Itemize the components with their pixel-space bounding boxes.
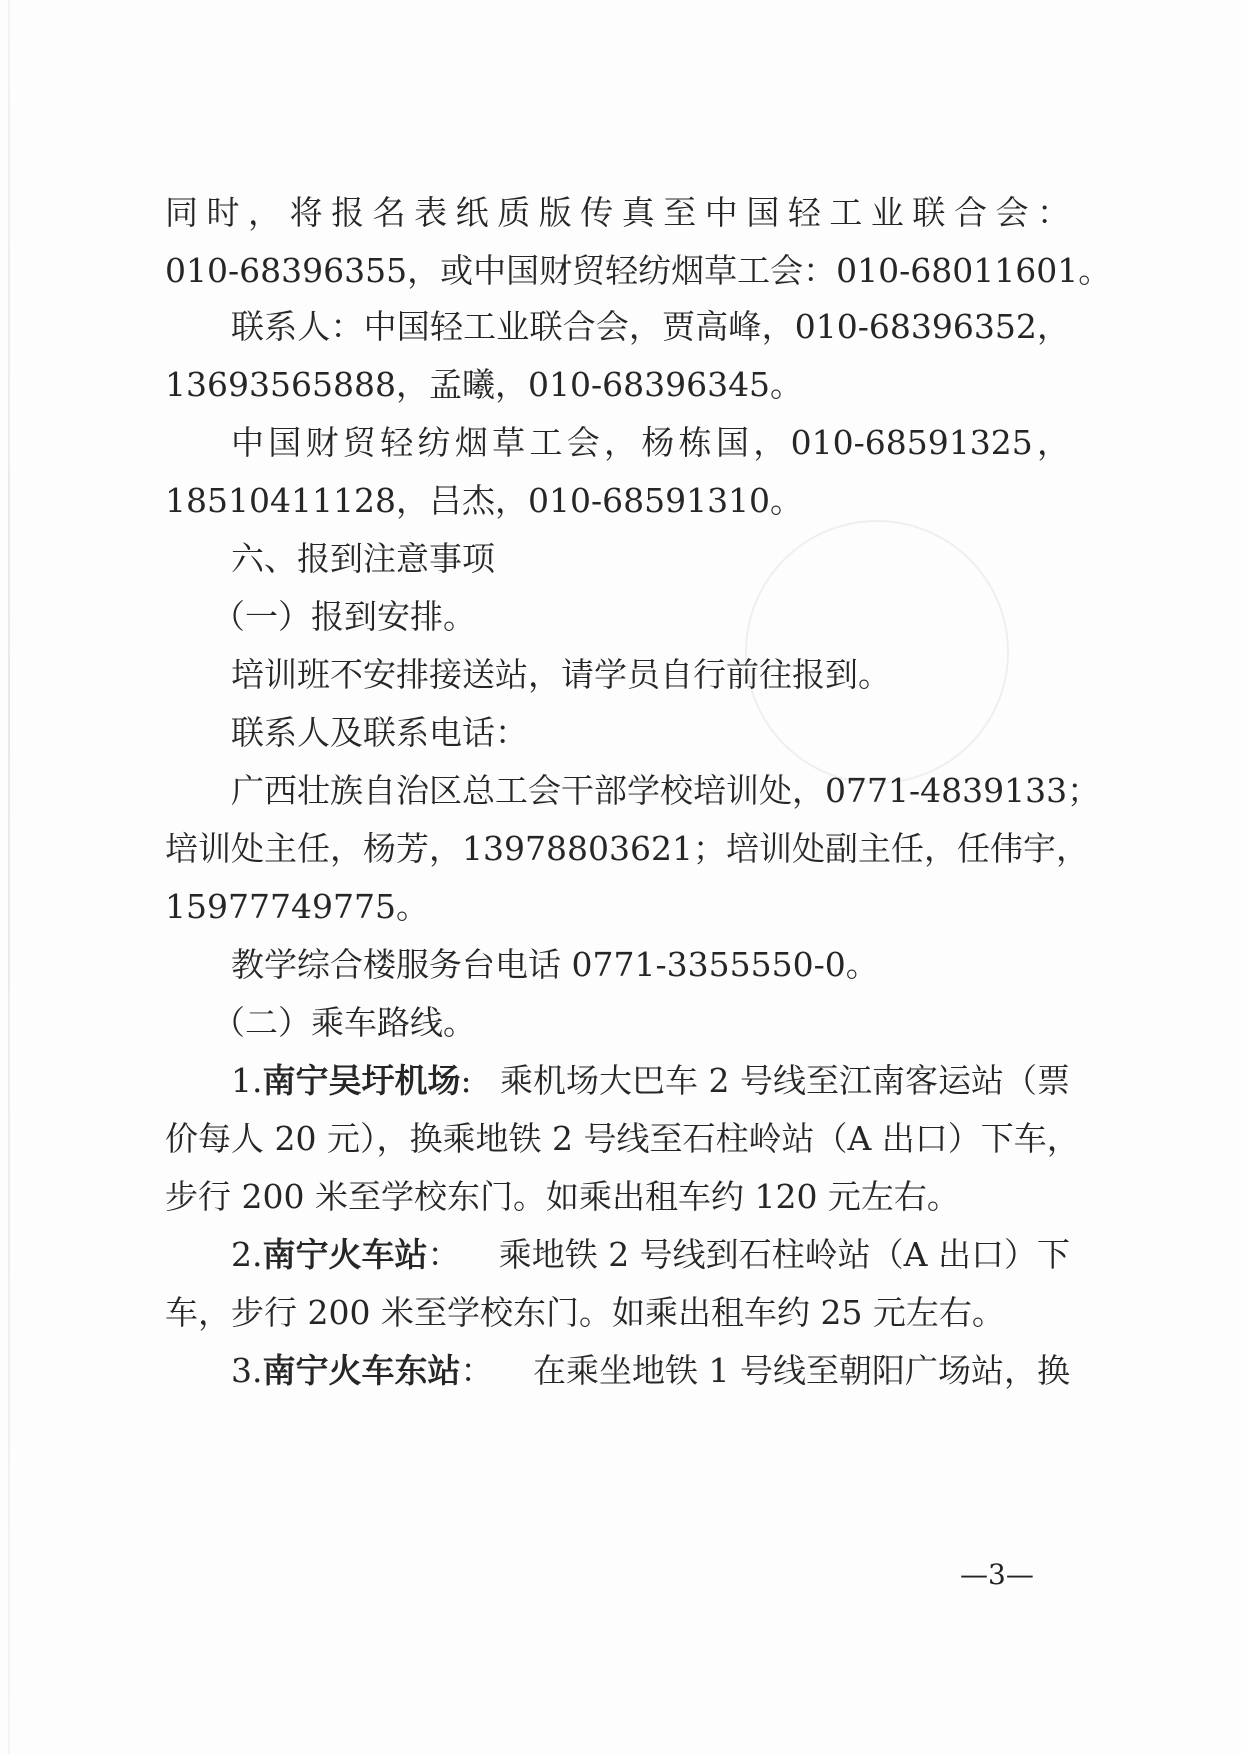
- training-office-contact: 广西壮族自治区总工会干部学校培训处，0771-4839133；: [231, 768, 1070, 814]
- route-train-station-line-1: 2.南宁火车站： 乘地铁 2 号线到石柱岭站（A 出口）下: [231, 1232, 1070, 1278]
- document-page: 同时，将报名表纸质版传真至中国轻工业联合会： 010-68396355，或中国财…: [0, 0, 1241, 1754]
- route-train-station-line-2: 车，步行 200 米至学校东门。如乘出租车约 25 元左右。: [165, 1290, 1070, 1336]
- route-east-station-line-1: 3.南宁火车东站： 在乘坐地铁 1 号线至朝阳广场站，换: [231, 1348, 1070, 1394]
- contact-light-industry-line-1: 联系人：中国轻工业联合会，贾高峰，010-68396352，: [231, 304, 1070, 350]
- subsection-1-title: （一）报到安排。: [212, 594, 1051, 640]
- route-train-station-heading: 2.南宁火车站：: [231, 1232, 461, 1278]
- route-number: 2.: [231, 1235, 263, 1274]
- contact-light-industry-line-2: 13693565888，孟曦，010-68396345。: [165, 362, 1070, 408]
- route-airport-line-3: 步行 200 米至学校东门。如乘出租车约 120 元左右。: [165, 1174, 1070, 1220]
- service-desk-phone: 教学综合楼服务台电话 0771-3355550-0。: [231, 942, 1070, 988]
- route-east-station-desc: 在乘坐地铁 1 号线至朝阳广场站，换: [533, 1348, 1070, 1394]
- route-airport-line-1: 1.南宁吴圩机场: 乘机场大巴车 2 号线至江南客运站（票: [231, 1058, 1070, 1104]
- route-place: 南宁火车站: [263, 1235, 428, 1274]
- section-heading: 六、报到注意事项: [231, 536, 1070, 582]
- deputy-director-phone: 15977749775。: [165, 884, 1070, 930]
- route-separator: :: [461, 1061, 472, 1100]
- fax-line-2: 010-68396355，或中国财贸轻纺烟草工会：010-68011601。: [165, 248, 1070, 294]
- route-airport-heading: 1.南宁吴圩机场:: [231, 1058, 472, 1104]
- route-place: 南宁火车东站: [263, 1351, 461, 1390]
- fax-line-1: 同时，将报名表纸质版传真至中国轻工业联合会：: [165, 190, 1070, 236]
- pickup-paragraph: 培训班不安排接送站，请学员自行前往报到。: [231, 652, 1070, 698]
- contact-union-line-1: 中国财贸轻纺烟草工会，杨栋国，010-68591325，: [231, 420, 1070, 466]
- scan-edge: [8, 0, 10, 1754]
- contact-union-line-2: 18510411128，吕杰，010-68591310。: [165, 478, 1070, 524]
- route-airport-desc: 乘机场大巴车 2 号线至江南客运站（票: [500, 1058, 1070, 1104]
- route-place: 南宁吴圩机场: [263, 1061, 461, 1100]
- subsection-2-title: （二）乘车路线。: [212, 1000, 1051, 1046]
- route-airport-line-2: 价每人 20 元），换乘地铁 2 号线至石柱岭站（A 出口）下车，: [165, 1116, 1070, 1162]
- training-office-directors: 培训处主任，杨芳，13978803621；培训处副主任，任伟宇，: [165, 826, 1070, 872]
- route-east-station-heading: 3.南宁火车东站：: [231, 1348, 494, 1394]
- contacts-label: 联系人及联系电话：: [231, 710, 1070, 756]
- route-separator: ：: [461, 1351, 494, 1390]
- route-number: 3.: [231, 1351, 263, 1390]
- route-separator: ：: [428, 1235, 461, 1274]
- route-number: 1.: [231, 1061, 263, 1100]
- route-train-station-desc: 乘地铁 2 号线到石柱岭站（A 出口）下: [499, 1232, 1070, 1278]
- page-number: —3—: [960, 1557, 1034, 1593]
